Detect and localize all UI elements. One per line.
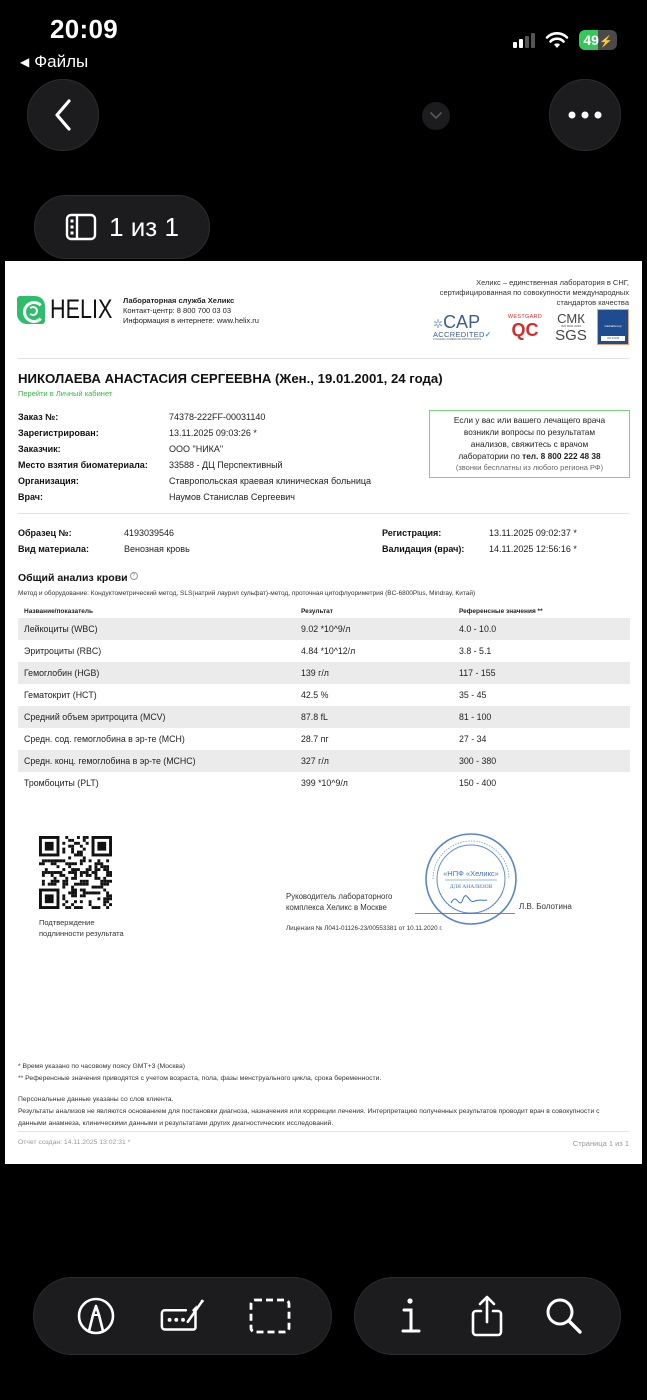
status-indicators: 49⚡: [513, 30, 617, 50]
table-row: Эритроциты (RBC)4.84 *10^12/л3.8 - 5.1: [18, 640, 630, 662]
info-icon: [399, 1296, 423, 1336]
smk-sgs-logo: СМК ISO 9001:2015 SGS: [555, 312, 587, 343]
detail-label: Вид материала:: [18, 541, 124, 557]
sample-details: Образец №:4193039546Вид материала:Венозн…: [18, 525, 190, 557]
collapse-toolbar-button[interactable]: [422, 102, 450, 130]
detail-row: Заказ №:74378-222FF-00031140: [18, 409, 371, 425]
document-header: HELIX Лабораторная служба Хеликс Контакт…: [5, 261, 642, 358]
svg-text:«НПФ «Хеликс»: «НПФ «Хеликс»: [443, 869, 499, 878]
results-header-row: Название/показатель Результат Референсны…: [18, 604, 630, 618]
detail-row: Валидация (врач):14.11.2025 12:56:16 *: [382, 541, 577, 557]
chevron-left-icon: [51, 97, 75, 133]
detail-row: Регистрация:13.11.2025 09:02:37 *: [382, 525, 577, 541]
disclaimer: Результаты анализов не являются основани…: [18, 1106, 630, 1130]
lab-website: Информация в интернете: www.helix.ru: [123, 316, 259, 326]
cell-reference: 117 - 155: [453, 662, 630, 684]
pdf-page: HELIX Лабораторная служба Хеликс Контакт…: [5, 261, 642, 1164]
detail-label: Заказчик:: [18, 441, 169, 457]
detail-row: Организация:Ставропольская краевая клини…: [18, 473, 371, 489]
table-row: Гематокрит (HCT)42.5 %35 - 45: [18, 684, 630, 706]
triangle-left-icon: ◀: [20, 55, 29, 69]
table-row: Гемоглобин (HGB)139 г/л117 - 155: [18, 662, 630, 684]
detail-label: Врач:: [18, 489, 169, 505]
detail-row: Заказчик:ООО "НИКА": [18, 441, 371, 457]
qr-code-icon[interactable]: [39, 836, 112, 909]
cell-name: Гемоглобин (HGB): [18, 662, 295, 684]
detail-value: Венозная кровь: [124, 541, 190, 557]
cell-result: 4.84 *10^12/л: [295, 640, 453, 662]
table-row: Средний объем эритроцита (MCV)87.8 fL81 …: [18, 706, 630, 728]
markup-toolbar: [33, 1277, 332, 1355]
company-stamp-icon: «НПФ «Хеликс» ДЛЯ АНАЛИЗОВ: [423, 831, 519, 927]
cell-result: 87.8 fL: [295, 706, 453, 728]
svg-text:ДЛЯ АНАЛИЗОВ: ДЛЯ АНАЛИЗОВ: [450, 884, 493, 890]
battery-level: 49⚡: [583, 32, 612, 48]
lab-service-name: Лабораторная служба Хеликс: [123, 296, 259, 306]
cellular-signal-icon: [513, 32, 535, 48]
detail-value: 4193039546: [124, 525, 174, 541]
column-header-reference: Референсные значения **: [453, 604, 630, 618]
cell-name: Тромбоциты (PLT): [18, 772, 295, 794]
detail-value: 13.11.2025 09:02:37 *: [489, 525, 577, 541]
detail-value: 74378-222FF-00031140: [169, 409, 265, 425]
chevron-down-icon: [429, 111, 443, 121]
info-button[interactable]: [387, 1292, 435, 1340]
cell-reference: 150 - 400: [453, 772, 630, 794]
personal-cabinet-link[interactable]: Перейти в Личный кабинет: [18, 389, 112, 398]
cap-accredited-logo: ✲CAP ACCREDITED✓ COLLEGE of AMERICAN PAT…: [433, 313, 495, 342]
cell-result: 9.02 *10^9/л: [295, 618, 453, 640]
qr-caption: Подтверждение подлинности результата: [39, 917, 124, 939]
cell-reference: 300 - 380: [453, 750, 630, 772]
cell-reference: 3.8 - 5.1: [453, 640, 630, 662]
license-number: Лицензия № Л041-01126-23/00553381 от 10.…: [286, 925, 443, 932]
cell-reference: 81 - 100: [453, 706, 630, 728]
report-created: Отчет создан: 14.11.2025 13:02:31 *: [18, 1139, 130, 1146]
globalgroup-iso-logo: GlobalGroup ISO 15189: [597, 309, 629, 345]
battery-icon: 49⚡: [579, 30, 617, 50]
cell-result: 327 г/л: [295, 750, 453, 772]
table-row: Средн. конц. гемоглобина в эр-те (MCHC)3…: [18, 750, 630, 772]
page-number: Страница 1 из 1: [573, 1139, 629, 1148]
magnifier-icon: [544, 1296, 584, 1336]
wifi-icon: [545, 31, 569, 49]
reference-note: ** Референсные значения приводятся с уче…: [18, 1073, 630, 1085]
cell-result: 399 *10^9/л: [295, 772, 453, 794]
cell-name: Средний объем эритроцита (MCV): [18, 706, 295, 728]
results-table: Название/показатель Результат Референсны…: [18, 604, 630, 794]
detail-label: Заказ №:: [18, 409, 169, 425]
detail-row: Врач:Наумов Станислав Сергеевич: [18, 489, 371, 505]
back-to-files-link[interactable]: ◀ Файлы: [20, 52, 88, 72]
lab-head-name: Л.В. Болотина: [519, 902, 572, 911]
status-time: 20:09: [50, 14, 118, 45]
order-divider: [18, 513, 629, 514]
select-button[interactable]: [246, 1292, 294, 1340]
westgard-qc-logo: WESTGARD QC: [505, 315, 545, 339]
sidebar-thumbnails-icon: [65, 213, 97, 241]
share-icon: [470, 1294, 504, 1338]
personal-data-note: Персональные данные указаны со слов клие…: [18, 1094, 630, 1106]
detail-label: Место взятия биоматериала:: [18, 457, 169, 473]
cell-reference: 35 - 45: [453, 684, 630, 706]
cell-result: 42.5 %: [295, 684, 453, 706]
footnotes: * Время указано по часовому поясу GMT+3 …: [18, 1061, 630, 1130]
markup-button[interactable]: [72, 1292, 120, 1340]
signature-pad-icon: [159, 1296, 207, 1336]
time-note: * Время указано по часовому поясу GMT+3 …: [18, 1061, 630, 1073]
table-row: Тромбоциты (PLT)399 *10^9/л150 - 400: [18, 772, 630, 794]
detail-label: Зарегистрирован:: [18, 425, 169, 441]
cell-result: 28.7 пг: [295, 728, 453, 750]
certification-text: Хеликс – единственная лаборатория в СНГ,…: [409, 278, 629, 308]
column-header-name: Название/показатель: [18, 604, 295, 618]
detail-row: Зарегистрирован:13.11.2025 09:03:26 *: [18, 425, 371, 441]
header-divider: [18, 358, 629, 359]
page-indicator-button[interactable]: 1 из 1: [34, 195, 210, 259]
detail-label: Организация:: [18, 473, 169, 489]
doctor-contact-callout: Если у вас или вашего лечащего врача воз…: [429, 410, 630, 478]
back-button[interactable]: [27, 79, 99, 151]
cell-reference: 4.0 - 10.0: [453, 618, 630, 640]
cell-reference: 27 - 34: [453, 728, 630, 750]
helix-logo: HELIX: [17, 294, 128, 325]
detail-value: 33588 - ДЦ Перспективный: [169, 457, 283, 473]
detail-value: 14.11.2025 12:56:16 *: [489, 541, 577, 557]
cell-name: Эритроциты (RBC): [18, 640, 295, 662]
signature-button[interactable]: [159, 1292, 207, 1340]
sample-dates: Регистрация:13.11.2025 09:02:37 *Валидац…: [382, 525, 577, 557]
lab-info: Лабораторная служба Хеликс Контакт-центр…: [123, 296, 259, 326]
pen-tip-circle-icon: [76, 1296, 116, 1336]
patient-heading: НИКОЛАЕВА АНАСТАСИЯ СЕРГЕЕВНА (Жен., 19.…: [18, 371, 443, 386]
question-circle-icon[interactable]: ?: [130, 572, 138, 580]
lab-head-title: Руководитель лабораторного комплекса Хел…: [286, 891, 392, 913]
column-header-result: Результат: [295, 604, 453, 618]
detail-value: 13.11.2025 09:03:26 *: [169, 425, 257, 441]
detail-row: Место взятия биоматериала:33588 - ДЦ Пер…: [18, 457, 371, 473]
more-options-button[interactable]: [549, 79, 621, 151]
table-row: Средн. сод. гемоглобина в эр-те (MCH)28.…: [18, 728, 630, 750]
lab-contact: Контакт-центр: 8 800 700 03 03: [123, 306, 259, 316]
ellipsis-icon: [568, 111, 602, 119]
cell-name: Гематокрит (HCT): [18, 684, 295, 706]
detail-label: Образец №:: [18, 525, 124, 541]
footer-divider: [18, 1131, 629, 1132]
detail-row: Вид материала:Венозная кровь: [18, 541, 190, 557]
detail-label: Регистрация:: [382, 525, 489, 541]
page-indicator-label: 1 из 1: [109, 212, 179, 243]
cell-name: Средн. конц. гемоглобина в эр-те (MCHC): [18, 750, 295, 772]
dashed-rectangle-icon: [248, 1296, 292, 1336]
document-toolbar: [354, 1277, 621, 1355]
detail-value: ООО "НИКА": [169, 441, 223, 457]
share-button[interactable]: [463, 1292, 511, 1340]
back-app-label: Файлы: [34, 52, 88, 72]
detail-value: Наумов Станислав Сергеевич: [169, 489, 295, 505]
lab-phone[interactable]: тел. 8 800 222 48 38: [522, 451, 601, 461]
test-method: Метод и оборудование: Кондуктометрически…: [18, 590, 475, 597]
order-details: Заказ №:74378-222FF-00031140Зарегистриро…: [18, 409, 371, 505]
cell-name: Средн. сод. гемоглобина в эр-те (MCH): [18, 728, 295, 750]
cell-name: Лейкоциты (WBC): [18, 618, 295, 640]
detail-label: Валидация (врач):: [382, 541, 489, 557]
detail-value: Ставропольская краевая клиническая больн…: [169, 473, 371, 489]
certification-logos: ✲CAP ACCREDITED✓ COLLEGE of AMERICAN PAT…: [433, 309, 629, 345]
table-row: Лейкоциты (WBC)9.02 *10^9/л4.0 - 10.0: [18, 618, 630, 640]
helix-spiral-icon: [17, 296, 45, 324]
detail-row: Образец №:4193039546: [18, 525, 190, 541]
search-button[interactable]: [540, 1292, 588, 1340]
logo-text: HELIX: [50, 294, 112, 325]
cell-result: 139 г/л: [295, 662, 453, 684]
test-title: Общий анализ крови ?: [18, 572, 138, 584]
